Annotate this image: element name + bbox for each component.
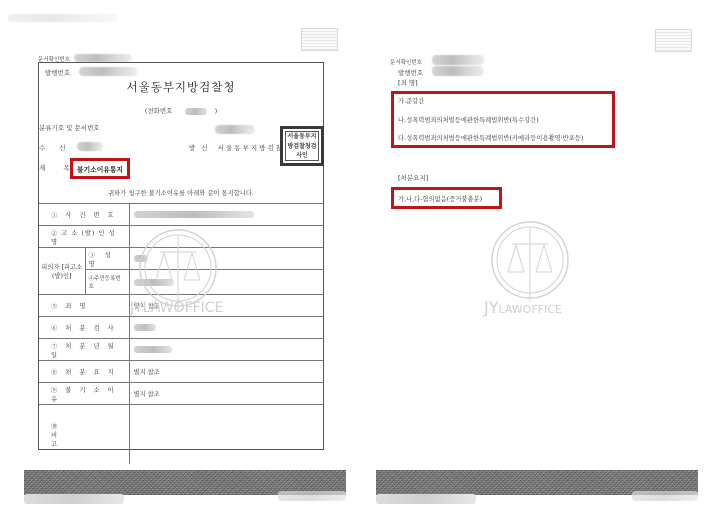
redacted-footer-code [632,491,698,501]
agency-title: 서울동부지방검찰청 [39,79,323,95]
redacted-issue-no [79,67,137,76]
redacted-doc-confirm-no [432,55,484,65]
phone-line: (전화번호 ) [39,106,323,115]
row-value [129,317,323,339]
recipient-label: 수 신 [39,143,72,152]
barcode-icon [655,29,692,52]
row-value [129,270,323,295]
barcode-icon [301,28,338,51]
subject-highlight: 불기소이유통지 [70,158,130,179]
doc-confirm-label: 문서확인번호 [390,58,422,66]
row-value [129,405,323,464]
redacted-footer-code [278,491,346,501]
left-page: 문서확인번호 발행번호 서울동부지방검찰청 (전화번호 ) 분류기호 및 문서번… [0,0,359,523]
row-value [129,339,323,361]
disposition-heading: [처분요지] [398,173,428,182]
watermark-text: JYLAWOFFICE [130,300,223,316]
watermark-jy: JY [484,298,499,317]
table-row: ⑨ 불 기 소 이 유 별지 참조 [39,383,323,405]
watermark-law: LAWOFFICE [499,303,562,316]
row-value [129,248,323,270]
charge-item: 나.성폭력범죄의처벌등에관한특례법위반(특수강간) [398,115,539,124]
row-label: ⑧ 처 분 요 지 [39,361,129,383]
phone-close: ) [215,107,218,115]
row-label: ⑩ 비 고 [39,405,129,464]
row-label: ④주민등록번호 [85,270,129,295]
official-seal-icon: 서울동부지방검찰청검사인 [280,126,324,166]
row-label: ⑦ 처 분 년 월 일 [39,339,129,361]
redacted-phone [185,108,207,115]
row-value [129,226,323,248]
phone-label: (전화번호 [145,107,173,115]
notice-table: ① 사 건 번 호 ② 고 소 (발) 인 성 명 피의자 [피고소(발)인] … [39,203,323,464]
redacted-footer-id [376,494,476,504]
row-label: ① 사 건 번 호 [39,204,129,226]
row-value: 별지 참조 [129,383,323,405]
sender-line: 발 신 서울동부지방검찰청 [189,143,292,152]
suspect-group-label: 피의자 [피고소(발)인] [39,248,85,295]
scales-of-justice-icon [482,212,578,308]
table-row: ① 사 건 번 호 [39,204,323,226]
row-label: ⑨ 불 기 소 이 유 [39,383,129,405]
table-row: ⑩ 비 고 [39,405,323,464]
redacted-doc-confirm-no [74,54,132,62]
table-row: ⑧ 처 분 요 지 별지 참조 [39,361,323,383]
issue-no-label: 발행번호 [398,68,423,77]
disposition-value: 가,나,다-혐의없음(증거불충분) [398,194,482,203]
subject-value: 불기소이유통지 [77,164,123,174]
row-label: ② 고 소 (발) 인 성 명 [39,226,129,248]
notice-form: 발행번호 서울동부지방검찰청 (전화번호 ) 분류기호 및 문서번호 수 신 발… [38,62,324,450]
watermark-text: JYLAWOFFICE [484,298,562,317]
redacted-header [8,14,118,22]
row-value [129,204,323,226]
row-label: ③ 성 명 [85,248,129,270]
row-label: ⑤ 죄 명 [39,295,129,317]
charge-item: 가.준강간 [398,96,424,105]
issue-no-label: 발행번호 [45,68,70,77]
redacted-footer-id [24,494,124,504]
charge-item: 다.성폭력범죄의처벌등에관한특례법위반(카메라등이용촬영·반포등) [398,133,583,142]
table-row: ② 고 소 (발) 인 성 명 [39,226,323,248]
right-page: 문서확인번호 발행번호 [죄 명] 가.준강간 나.성폭력범죄의처벌등에관한특례… [360,0,719,523]
table-row: ⑥ 처 분 검 사 [39,317,323,339]
sender-label: 발 신 [189,144,210,152]
table-row: 피의자 [피고소(발)인] ③ 성 명 [39,248,323,270]
row-label: ⑥ 처 분 검 사 [39,317,129,339]
intro-text: 귀하가 청구한 불기소이유를 아래와 같이 통지합니다. [39,188,323,197]
redacted-classification [215,125,255,134]
seal-text: 서울동부지방검찰청검사인 [285,131,319,161]
redacted-issue-no [432,66,484,76]
classification-label: 분류기호 및 문서번호 [39,125,73,131]
table-row: ⑦ 처 분 년 월 일 [39,339,323,361]
redacted-recipient [77,142,103,151]
row-value: 별지 참조 [129,361,323,383]
charges-heading: [죄 명] [398,78,418,87]
